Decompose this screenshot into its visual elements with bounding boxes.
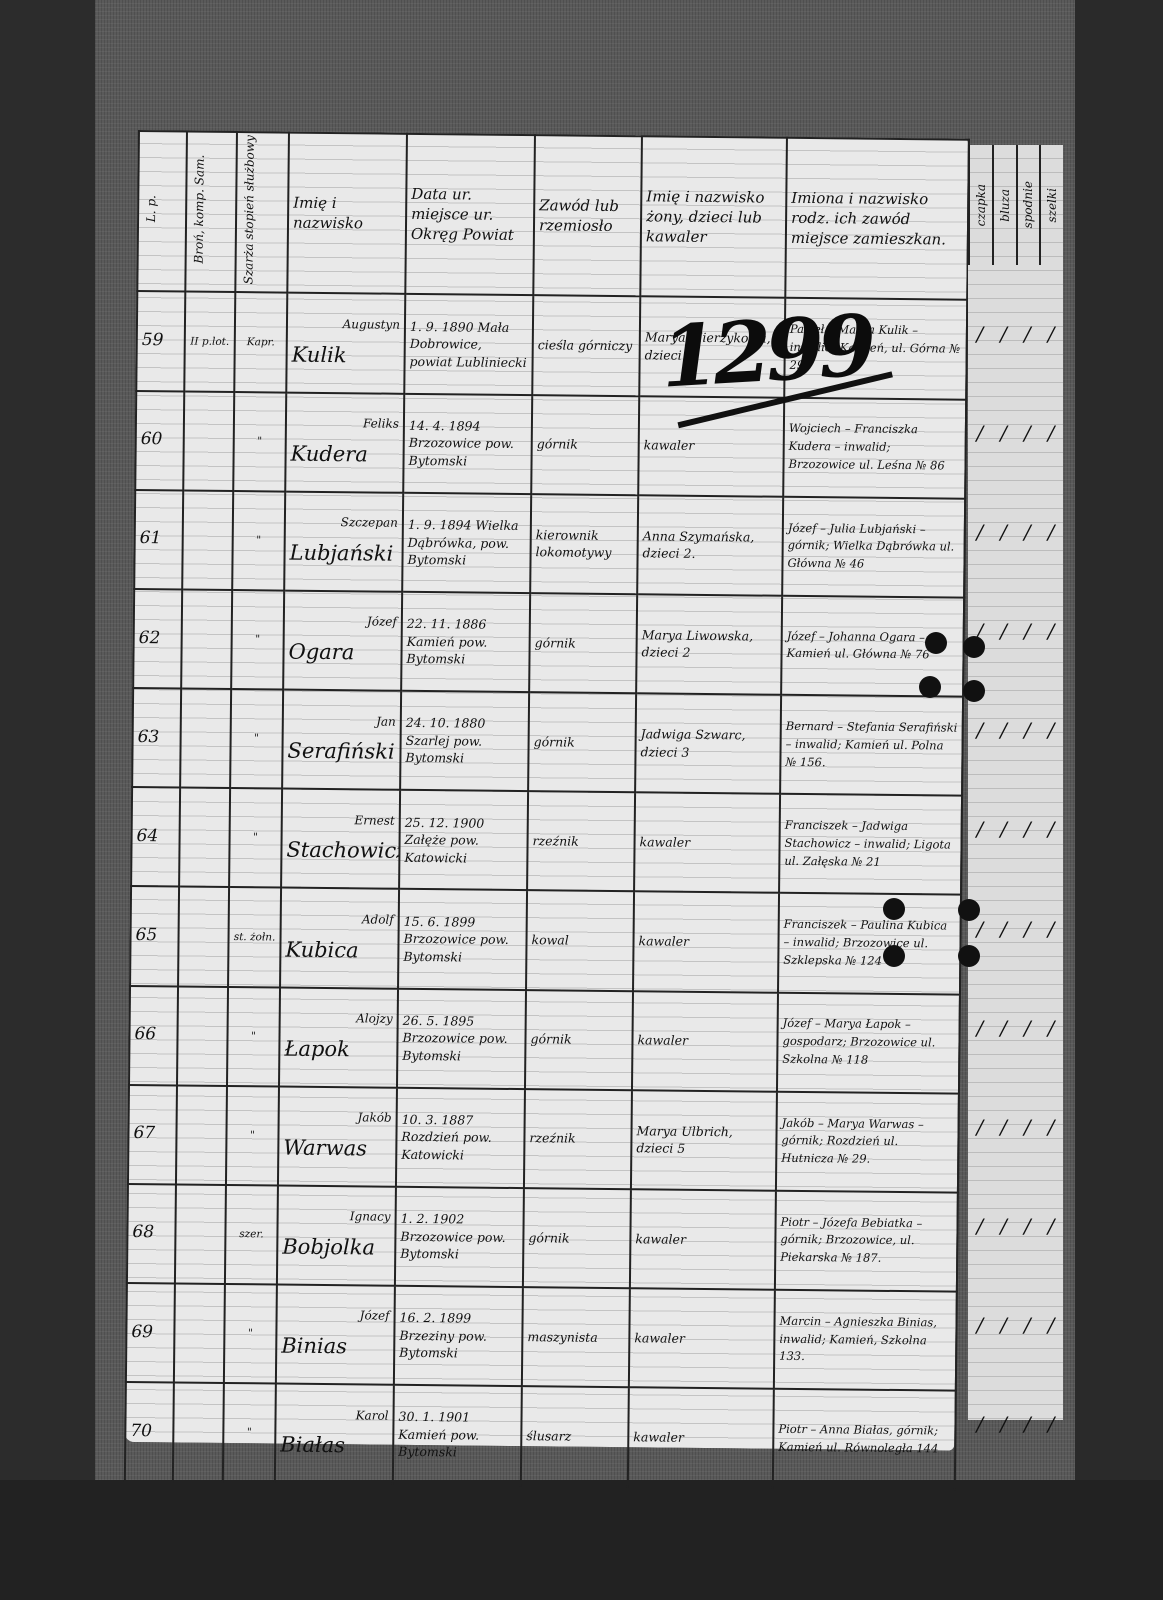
- row-number: 63: [132, 688, 181, 788]
- tally-row: ////: [968, 1412, 1063, 1436]
- occupation-cell: górnik: [528, 692, 636, 792]
- spouse-cell: kawaler: [632, 991, 778, 1092]
- tally-mark: /: [968, 520, 992, 544]
- birth-cell: 24. 10. 1880 Szarlej pow. Bytomski: [400, 691, 529, 791]
- rank-cell: st. żołn.: [228, 887, 281, 987]
- occupation-cell: górnik: [531, 395, 639, 495]
- column-header-birth: Data ur. miejsce ur. Okręg Powiat: [405, 134, 535, 296]
- occupation-cell: rzeźnik: [527, 791, 635, 891]
- binder-hole-icon: [883, 898, 905, 920]
- tally-mark: /: [992, 520, 1016, 544]
- tally-row: ////: [968, 1016, 1063, 1040]
- spouse-cell: Marya Liwowska, dzieci 2: [636, 594, 782, 695]
- branch-cell: [182, 490, 233, 590]
- tally-mark: /: [1016, 1016, 1040, 1040]
- spouse-cell: kawaler: [638, 396, 784, 497]
- surname: Kulik: [291, 340, 399, 371]
- birth-cell: 1. 9. 1890 Mała Dobrowice, powiat Lublin…: [404, 294, 533, 394]
- tally-header: czapka bluza spodnie szelki: [968, 145, 1063, 265]
- tally-mark: /: [968, 1115, 992, 1139]
- birth-cell: 16. 2. 1899 Brzeziny pow. Bytomski: [394, 1286, 523, 1386]
- spouse-cell: Marya Mierzykowa, dzieci —: [639, 297, 785, 398]
- binder-hole-icon: [958, 899, 980, 921]
- binder-hole-icon: [883, 945, 905, 967]
- branch-cell: [175, 1184, 226, 1284]
- column-header-name: Imię i nazwisko: [287, 133, 407, 295]
- birth-cell: 26. 5. 1895 Brzozowice pow. Bytomski: [397, 988, 526, 1088]
- column-header-parents: Imiona i nazwisko rodz. ich zawód miejsc…: [785, 138, 969, 300]
- tally-mark: /: [968, 718, 992, 742]
- tally-mark: /: [1016, 322, 1040, 346]
- branch-cell: [178, 887, 229, 987]
- tally-mark: /: [992, 1313, 1016, 1337]
- tally-mark: /: [1039, 1412, 1063, 1436]
- birth-cell: 22. 11. 1886 Kamień pow. Bytomski: [401, 592, 530, 692]
- name-cell: FeliksKudera: [285, 392, 404, 492]
- branch-cell: [179, 788, 230, 888]
- table-row: 59II p.lot.Kapr.AugustynKulik1. 9. 1890 …: [136, 291, 967, 399]
- birth-cell: 10. 3. 1887 Rozdzień pow. Katowicki: [396, 1087, 525, 1187]
- name-cell: AugustynKulik: [286, 293, 405, 393]
- tally-mark: /: [1039, 1214, 1063, 1238]
- spouse-cell: kawaler: [633, 892, 779, 993]
- tally-row: ////: [968, 520, 1063, 544]
- rank-cell: ": [227, 986, 280, 1086]
- tally-mark: /: [1016, 718, 1040, 742]
- birth-cell: 14. 4. 1894 Brzozowice pow. Bytomski: [403, 393, 532, 493]
- rank-cell: ": [230, 689, 283, 789]
- rank-cell: ": [226, 1086, 279, 1186]
- tally-mark: /: [1039, 1313, 1063, 1337]
- row-number: 68: [127, 1184, 176, 1284]
- table-row: 70"KarolBiałas30. 1. 1901 Kamień pow. By…: [125, 1382, 956, 1490]
- column-header-rank: Szarża stopień służbowy: [235, 132, 289, 293]
- table-row: 61"SzczepanLubjański1. 9. 1894 Wielka Dą…: [134, 490, 965, 598]
- parents-cell: Franciszek – Paulina Kubica – inwalid; B…: [778, 893, 961, 994]
- register-table: L. p. Broń, komp. Sam. Szarża stopień sł…: [124, 130, 970, 1491]
- given-name: Alojzy: [285, 1010, 393, 1028]
- table-row: 66"AlojzyŁapok26. 5. 1895 Brzozowice pow…: [129, 985, 960, 1093]
- scan-bottom-margin: [0, 1480, 1163, 1600]
- row-number: 62: [133, 589, 182, 689]
- tally-mark: /: [968, 421, 992, 445]
- rank-cell: ": [232, 491, 285, 591]
- occupation-cell: cieśla górniczy: [532, 296, 640, 396]
- row-number: 65: [130, 886, 179, 986]
- name-cell: AlojzyŁapok: [279, 987, 398, 1087]
- tally-mark: /: [1016, 1313, 1040, 1337]
- occupation-cell: kierownik lokomotywy: [530, 494, 638, 594]
- spouse-cell: Anna Szymańska, dzieci 2.: [637, 495, 783, 596]
- tally-row: ////: [968, 718, 1063, 742]
- tally-header-szelki: szelki: [1039, 145, 1063, 265]
- name-cell: SzczepanLubjański: [284, 491, 403, 591]
- parents-cell: Jakób – Marya Warwas – górnik; Rozdzień …: [776, 1091, 959, 1192]
- table-row: 67"JakóbWarwas10. 3. 1887 Rozdzień pow. …: [128, 1085, 959, 1193]
- row-number: 67: [128, 1085, 177, 1185]
- name-cell: ErnestStachowicz: [281, 789, 400, 889]
- given-name: Ignacy: [283, 1208, 391, 1226]
- name-cell: KarolBiałas: [275, 1384, 394, 1484]
- header-row: L. p. Broń, komp. Sam. Szarża stopień sł…: [137, 131, 969, 300]
- tally-header-spodnie: spodnie: [1016, 145, 1040, 265]
- branch-cell: [180, 689, 231, 789]
- given-name: Karol: [280, 1406, 388, 1424]
- binder-hole-icon: [963, 636, 985, 658]
- table-row: 69"JózefBinias16. 2. 1899 Brzeziny pow. …: [126, 1283, 957, 1391]
- birth-cell: 30. 1. 1901 Kamień pow. Bytomski: [393, 1385, 522, 1485]
- tally-mark: /: [1016, 520, 1040, 544]
- tally-mark: /: [968, 1214, 992, 1238]
- birth-cell: 1. 2. 1902 Brzozowice pow. Bytomski: [395, 1187, 524, 1287]
- parents-cell: Piotr – Anna Białas, górnik; Kamień ul. …: [773, 1389, 956, 1490]
- name-cell: JózefBinias: [276, 1284, 395, 1384]
- column-header-spouse: Imię i nazwisko żony, dzieci lub kawaler: [640, 136, 787, 298]
- occupation-cell: rzeźnik: [524, 1089, 632, 1189]
- tally-mark: /: [1039, 817, 1063, 841]
- branch-cell: [183, 391, 234, 491]
- given-name: Józef: [282, 1307, 390, 1325]
- branch-cell: [176, 1085, 227, 1185]
- tally-mark: /: [992, 718, 1016, 742]
- binder-hole-icon: [919, 676, 941, 698]
- tally-mark: /: [992, 1412, 1016, 1436]
- tally-mark: /: [1016, 1214, 1040, 1238]
- row-number: 69: [126, 1283, 175, 1383]
- table-row: 60"FeliksKudera14. 4. 1894 Brzozowice po…: [135, 391, 966, 499]
- name-cell: JakóbWarwas: [278, 1086, 397, 1186]
- row-number: 64: [131, 787, 180, 887]
- row-number: 60: [135, 391, 184, 491]
- name-cell: IgnacyBobjolka: [277, 1185, 396, 1285]
- parents-cell: Paweł – Marya Kulik – inwalid; Kamień, u…: [784, 298, 967, 399]
- parents-cell: Piotr – Józefa Bebiatka – górnik; Brzozo…: [775, 1191, 958, 1292]
- tally-mark: /: [1039, 520, 1063, 544]
- birth-cell: 15. 6. 1899 Brzozowice pow. Bytomski: [398, 889, 527, 989]
- column-header-branch: Broń, komp. Sam.: [185, 132, 237, 293]
- tally-mark: /: [968, 1412, 992, 1436]
- rank-cell: ": [224, 1284, 277, 1384]
- row-number: 61: [134, 490, 183, 590]
- given-name: Ernest: [287, 811, 395, 829]
- tally-mark: /: [1039, 619, 1063, 643]
- tally-mark: /: [1039, 421, 1063, 445]
- tally-flap: czapka bluza spodnie szelki ////////////…: [968, 145, 1063, 1420]
- spouse-cell: kawaler: [628, 1387, 774, 1488]
- tally-row: ////: [968, 817, 1063, 841]
- tally-mark: /: [992, 619, 1016, 643]
- tally-row: ////: [968, 421, 1063, 445]
- given-name: Augustyn: [292, 316, 400, 334]
- given-name: Adolf: [286, 910, 394, 928]
- row-number: 66: [129, 985, 178, 1085]
- tally-row: ////: [968, 1115, 1063, 1139]
- given-name: Józef: [289, 613, 397, 631]
- tally-row: ////: [968, 917, 1063, 941]
- occupation-cell: górnik: [525, 990, 633, 1090]
- tally-mark: /: [968, 322, 992, 346]
- rank-cell: ": [231, 590, 284, 690]
- tally-mark: /: [968, 1016, 992, 1040]
- occupation-cell: kowal: [526, 890, 634, 990]
- spouse-cell: kawaler: [629, 1288, 775, 1389]
- surname: Kubica: [285, 935, 393, 966]
- surname: Bobjolka: [282, 1233, 390, 1264]
- spouse-cell: Marya Ulbrich, dzieci 5: [631, 1090, 777, 1191]
- tally-mark: /: [1039, 1115, 1063, 1139]
- branch-cell: [181, 589, 232, 689]
- scan-left-margin: [0, 0, 95, 1600]
- tally-mark: /: [992, 917, 1016, 941]
- binder-hole-icon: [958, 945, 980, 967]
- tally-mark: /: [1039, 917, 1063, 941]
- tally-mark: /: [992, 322, 1016, 346]
- tally-mark: /: [1016, 1115, 1040, 1139]
- tally-mark: /: [992, 421, 1016, 445]
- column-header-occupation: Zawód lub rzemiosło: [533, 135, 642, 297]
- tally-mark: /: [1039, 1016, 1063, 1040]
- birth-cell: 1. 9. 1894 Wielka Dąbrówka, pow. Bytomsk…: [402, 493, 531, 593]
- table-row: 63"JanSerafiński24. 10. 1880 Szarlej pow…: [132, 688, 963, 796]
- tally-mark: /: [1016, 817, 1040, 841]
- branch-cell: [174, 1283, 225, 1383]
- tally-mark: /: [1016, 421, 1040, 445]
- parents-cell: Wojciech – Franciszka Kudera – inwalid; …: [783, 397, 966, 498]
- surname: Warwas: [283, 1134, 391, 1165]
- row-number: 59: [136, 291, 185, 391]
- binder-hole-icon: [963, 680, 985, 702]
- branch-cell: [173, 1383, 224, 1483]
- spouse-cell: Jadwiga Szwarc, dzieci 3: [635, 693, 781, 794]
- occupation-cell: maszynista: [522, 1287, 630, 1387]
- tally-row: ////: [968, 1313, 1063, 1337]
- tally-row: ////: [968, 1214, 1063, 1238]
- occupation-cell: górnik: [529, 593, 637, 693]
- surname: Kudera: [290, 439, 398, 470]
- tally-mark: /: [992, 1115, 1016, 1139]
- tally-mark: /: [1016, 619, 1040, 643]
- table-row: 64"ErnestStachowicz25. 12. 1900 Załęże p…: [131, 787, 962, 895]
- name-cell: JanSerafiński: [282, 690, 401, 790]
- given-name: Feliks: [291, 415, 399, 433]
- parents-cell: Józef – Julia Lubjański – górnik; Wielka…: [782, 496, 965, 597]
- given-name: Szczepan: [290, 514, 398, 532]
- given-name: Jan: [288, 712, 396, 730]
- parents-cell: Józef – Marya Łapok – gospodarz; Brzozow…: [777, 992, 960, 1093]
- birth-cell: 25. 12. 1900 Załęże pow. Katowicki: [399, 790, 528, 890]
- name-cell: JózefOgara: [283, 590, 402, 690]
- tally-header-czapka: czapka: [968, 145, 992, 265]
- surname: Binias: [281, 1332, 389, 1363]
- scan-right-margin: [1075, 0, 1163, 1600]
- parents-cell: Bernard – Stefania Serafiński – inwalid;…: [780, 695, 963, 796]
- tally-mark: /: [968, 817, 992, 841]
- tally-mark: /: [1016, 917, 1040, 941]
- binder-hole-icon: [925, 632, 947, 654]
- spouse-cell: kawaler: [634, 792, 780, 893]
- occupation-cell: górnik: [523, 1188, 631, 1288]
- table-row: 62"JózefOgara22. 11. 1886 Kamień pow. By…: [133, 589, 964, 697]
- tally-mark: /: [992, 817, 1016, 841]
- tally-mark: /: [1039, 718, 1063, 742]
- tally-row: ////: [968, 322, 1063, 346]
- occupation-cell: ślusarz: [521, 1386, 629, 1486]
- tally-mark: /: [968, 1313, 992, 1337]
- branch-cell: II p.lot.: [184, 292, 235, 392]
- surname: Serafiński: [287, 737, 395, 768]
- column-header-nr: L. p.: [137, 131, 187, 292]
- row-number: 70: [125, 1382, 174, 1482]
- tally-mark: /: [1016, 1412, 1040, 1436]
- tally-mark: /: [992, 1016, 1016, 1040]
- rank-cell: szer.: [225, 1185, 278, 1285]
- name-cell: AdolfKubica: [280, 888, 399, 988]
- tally-mark: /: [1039, 322, 1063, 346]
- tally-mark: /: [992, 1214, 1016, 1238]
- surname: Ogara: [288, 638, 396, 669]
- rank-cell: Kapr.: [234, 292, 287, 392]
- table-row: 65st. żołn.AdolfKubica15. 6. 1899 Brzozo…: [130, 886, 961, 994]
- rank-cell: ": [229, 788, 282, 888]
- register-page: L. p. Broń, komp. Sam. Szarża stopień sł…: [124, 130, 968, 1451]
- table-row: 68szer.IgnacyBobjolka1. 2. 1902 Brzozowi…: [127, 1184, 958, 1292]
- rank-cell: ": [223, 1383, 276, 1483]
- tally-header-bluza: bluza: [992, 145, 1016, 265]
- parents-cell: Marcin – Agnieszka Binias, inwalid; Kami…: [774, 1290, 957, 1391]
- surname: Łapok: [284, 1034, 392, 1065]
- surname: Stachowicz: [286, 836, 394, 867]
- surname: Lubjański: [289, 539, 397, 570]
- parents-cell: Franciszek – Jadwiga Stachowicz – inwali…: [779, 794, 962, 895]
- branch-cell: [177, 986, 228, 1086]
- surname: Białas: [280, 1431, 388, 1462]
- given-name: Jakób: [284, 1109, 392, 1127]
- spouse-cell: kawaler: [630, 1189, 776, 1290]
- rank-cell: ": [233, 392, 286, 492]
